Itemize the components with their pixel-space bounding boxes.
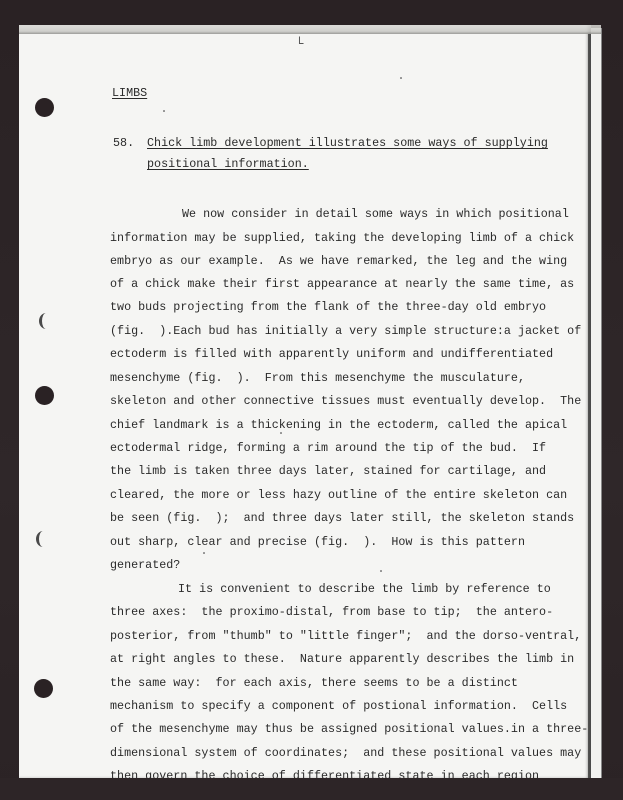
body-line: be seen (fig. ); and three days later st… (110, 511, 574, 525)
page-top-shadow (19, 25, 601, 34)
body-line: the limb is taken three days later, stai… (110, 464, 546, 478)
body-line: two buds projecting from the flank of th… (110, 300, 546, 314)
item-title-line-1: Chick limb development illustrates some … (147, 136, 548, 150)
body-line: of the mesenchyme may thus be assigned p… (110, 722, 588, 736)
body-line: We now consider in detail some ways in w… (182, 207, 569, 221)
body-line: chief landmark is a thickening in the ec… (110, 418, 567, 432)
body-line: mechanism to specify a component of post… (110, 699, 567, 713)
page-right-edge (588, 34, 591, 778)
binder-hole-icon (35, 386, 54, 405)
body-line: generated? (110, 558, 180, 572)
body-line: ectodermal ridge, forming a rim around t… (110, 441, 546, 455)
body-line: dimensional system of coordinates; and t… (110, 746, 581, 760)
body-line: mesenchyme (fig. ). From this mesenchyme… (110, 371, 525, 385)
torn-hole-icon (36, 531, 50, 547)
body-line: embryo as our example. As we have remark… (110, 254, 567, 268)
body-line: ectoderm is filled with apparently unifo… (110, 347, 553, 361)
body-line: (fig. ).Each bud has initially a very si… (110, 324, 581, 338)
body-line: information may be supplied, taking the … (110, 231, 574, 245)
body-line: skeleton and other connective tissues mu… (110, 394, 581, 408)
body-line: three axes: the proximo-distal, from bas… (110, 605, 553, 619)
torn-hole-icon (39, 313, 53, 329)
body-line: posterior, from "thumb" to "little finge… (110, 629, 581, 643)
speck (380, 570, 382, 572)
speck (280, 432, 282, 434)
body-line: cleared, the more or less hazy outline o… (110, 488, 567, 502)
body-line: It is convenient to describe the limb by… (178, 582, 551, 596)
stray-mark: ᒪ (298, 36, 304, 48)
body-line: the same way: for each axis, there seems… (110, 676, 518, 690)
binder-hole-icon (35, 98, 54, 117)
page-bottom-cover (0, 778, 623, 800)
speck (163, 110, 165, 112)
body-line: at right angles to these. Nature apparen… (110, 652, 574, 666)
section-heading: LIMBS (112, 86, 147, 100)
body-line: out sharp, clear and precise (fig. ). Ho… (110, 535, 525, 549)
body-line: of a chick make their first appearance a… (110, 277, 574, 291)
speck (203, 552, 205, 554)
binder-hole-icon (34, 679, 53, 698)
speck (400, 77, 402, 79)
item-title-line-2: positional information. (147, 157, 309, 171)
item-number: 58. (113, 136, 134, 150)
